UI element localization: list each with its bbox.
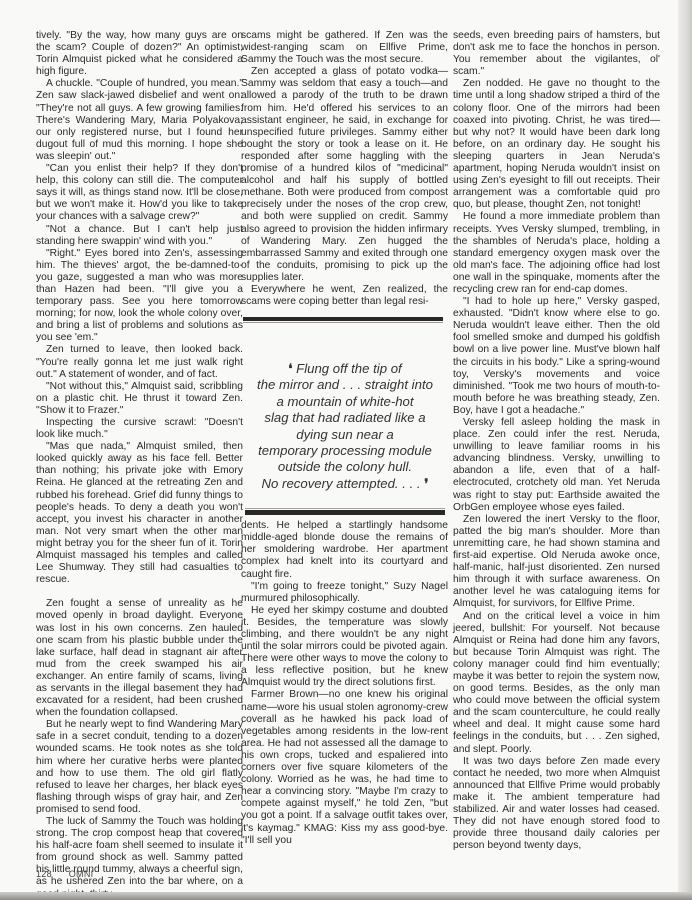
column-2-bottom: dents. He helped a startlingly handsome … <box>241 520 448 847</box>
page-number: 128 <box>36 869 52 879</box>
paragraph: "Mas que nada," Almquist smiled, then lo… <box>36 441 243 586</box>
paragraph: A chuckle. "Couple of hundred, you mean.… <box>36 78 243 163</box>
pull-quote-line: slag that had radiated like a <box>243 410 447 426</box>
magazine-name: OMNI <box>69 869 94 879</box>
pull-quote: ❛ Flung off the tip of the mirror and . … <box>243 317 451 521</box>
pull-quote-line: No recovery attempted. . . . ❜ <box>243 476 447 492</box>
paragraph: tively. "By the way, how many guys are o… <box>36 30 243 78</box>
paragraph: Zen accepted a glass of potato vodka—Sam… <box>241 66 448 284</box>
paragraph: "Not without this," Almquist said, scrib… <box>36 381 243 417</box>
pull-quote-line: ❛ Flung off the tip of <box>243 361 447 377</box>
paragraph: "I'm going to freeze tonight," Suzy Nage… <box>241 581 448 605</box>
paragraph: Zen lowered the inert Versky to the floo… <box>453 514 660 611</box>
close-quote-icon: ❜ <box>424 476 428 491</box>
pull-quote-text: ❛ Flung off the tip of the mirror and . … <box>243 361 447 492</box>
pull-quote-line: the mirror and . . . straight into <box>243 377 447 393</box>
column-2-top: scams might be gathered. If Zen was the … <box>241 30 448 308</box>
paragraph: It was two days before Zen made every co… <box>453 756 660 853</box>
paragraph: Inspecting the cursive scrawl: "Doesn't … <box>36 417 243 441</box>
pull-quote-line: a mountain of white-hot <box>243 394 447 410</box>
paragraph: dents. He helped a startlingly handsome … <box>241 520 448 580</box>
paragraph: "I had to hole up here," Versky gasped, … <box>453 296 660 417</box>
page-edge-shadow <box>678 0 692 900</box>
paragraph: Everywhere he went, Zen realized, the sc… <box>241 284 448 308</box>
pull-quote-bottom-rule <box>245 510 445 515</box>
paragraph: "Right." Eyes bored into Zen's, assessin… <box>36 248 243 345</box>
pull-quote-top-hairline <box>243 322 443 323</box>
pull-quote-line: dying sun near a <box>243 427 447 443</box>
open-quote-icon: ❛ <box>288 361 292 376</box>
paragraph: Zen nodded. He gave no thought to the ti… <box>453 78 660 211</box>
text-column-3: seeds, even breeding pairs of hamsters, … <box>453 30 660 852</box>
paragraph: seeds, even breeding pairs of hamsters, … <box>453 30 660 78</box>
paragraph: But he nearly wept to find Wandering Mar… <box>36 719 243 816</box>
paragraph: "Can you enlist their help? If they don'… <box>36 163 243 223</box>
paragraph: Versky fell asleep holding the mask in p… <box>453 417 660 514</box>
paragraph: Farmer Brown—no one knew his original na… <box>241 689 448 846</box>
paragraph: And on the critical level a voice in him… <box>453 611 660 756</box>
paragraph: He eyed her skimpy costume and doubted i… <box>241 605 448 690</box>
page-bottom-edge <box>0 892 692 900</box>
pull-quote-line: outside the colony hull. <box>243 459 447 475</box>
paragraph: "Not a chance. But I can't help just sta… <box>36 224 243 248</box>
pull-quote-line: temporary processing module <box>243 443 447 459</box>
pull-quote-top-rule <box>243 317 443 321</box>
pull-quote-bottom-hairline <box>245 508 445 509</box>
paragraph: The luck of Sammy the Touch was holding … <box>36 816 243 900</box>
paragraph: He found a more immediate problem than r… <box>453 211 660 296</box>
folio: 128 OMNI <box>36 869 107 879</box>
paragraph: scams might be gathered. If Zen was the … <box>241 30 448 66</box>
paragraph-section-start: Zen fought a sense of unreality as he mo… <box>36 598 243 719</box>
paragraph: Zen turned to leave, then looked back. "… <box>36 344 243 380</box>
magazine-page: tively. "By the way, how many guys are o… <box>0 0 692 900</box>
text-column-1: tively. "By the way, how many guys are o… <box>36 30 243 900</box>
